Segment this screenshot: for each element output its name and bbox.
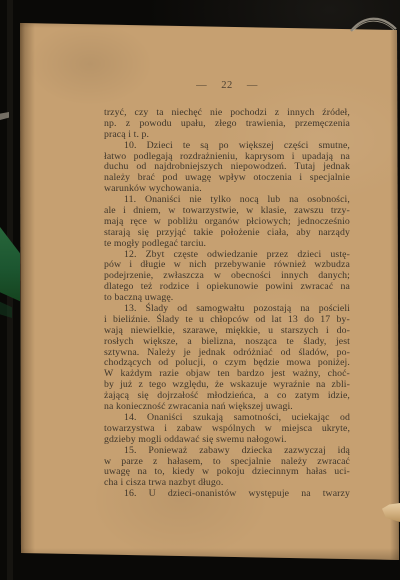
text-line: 15.Ponieważzabawydzieckazazwyczajidą <box>104 446 350 457</box>
text-line: te mogły podlegać tarciu. <box>104 239 350 250</box>
page-corner-curl-icon <box>350 13 398 33</box>
text-line: 10.Dziecitesąpowiększejczęścismutne, <box>104 141 350 152</box>
page-number: — 22 — <box>104 80 350 91</box>
book-page: — 22 — trzyć,czytaniechęćniepochodzizinn… <box>20 19 399 561</box>
page-text: trzyć,czytaniechęćniepochodzizinnychźród… <box>104 108 350 500</box>
text-line: gdzieby mogli oddawać się swemu nałogowi… <box>104 435 350 446</box>
scan-background: — 22 — trzyć,czytaniechęćniepochodzizinn… <box>0 0 400 580</box>
text-line: rosłychwiększe,abielizna,noszącateślady,… <box>104 337 350 348</box>
text-line: 16.Udzieci-onanistówwystępujenatwarzy <box>104 489 350 500</box>
